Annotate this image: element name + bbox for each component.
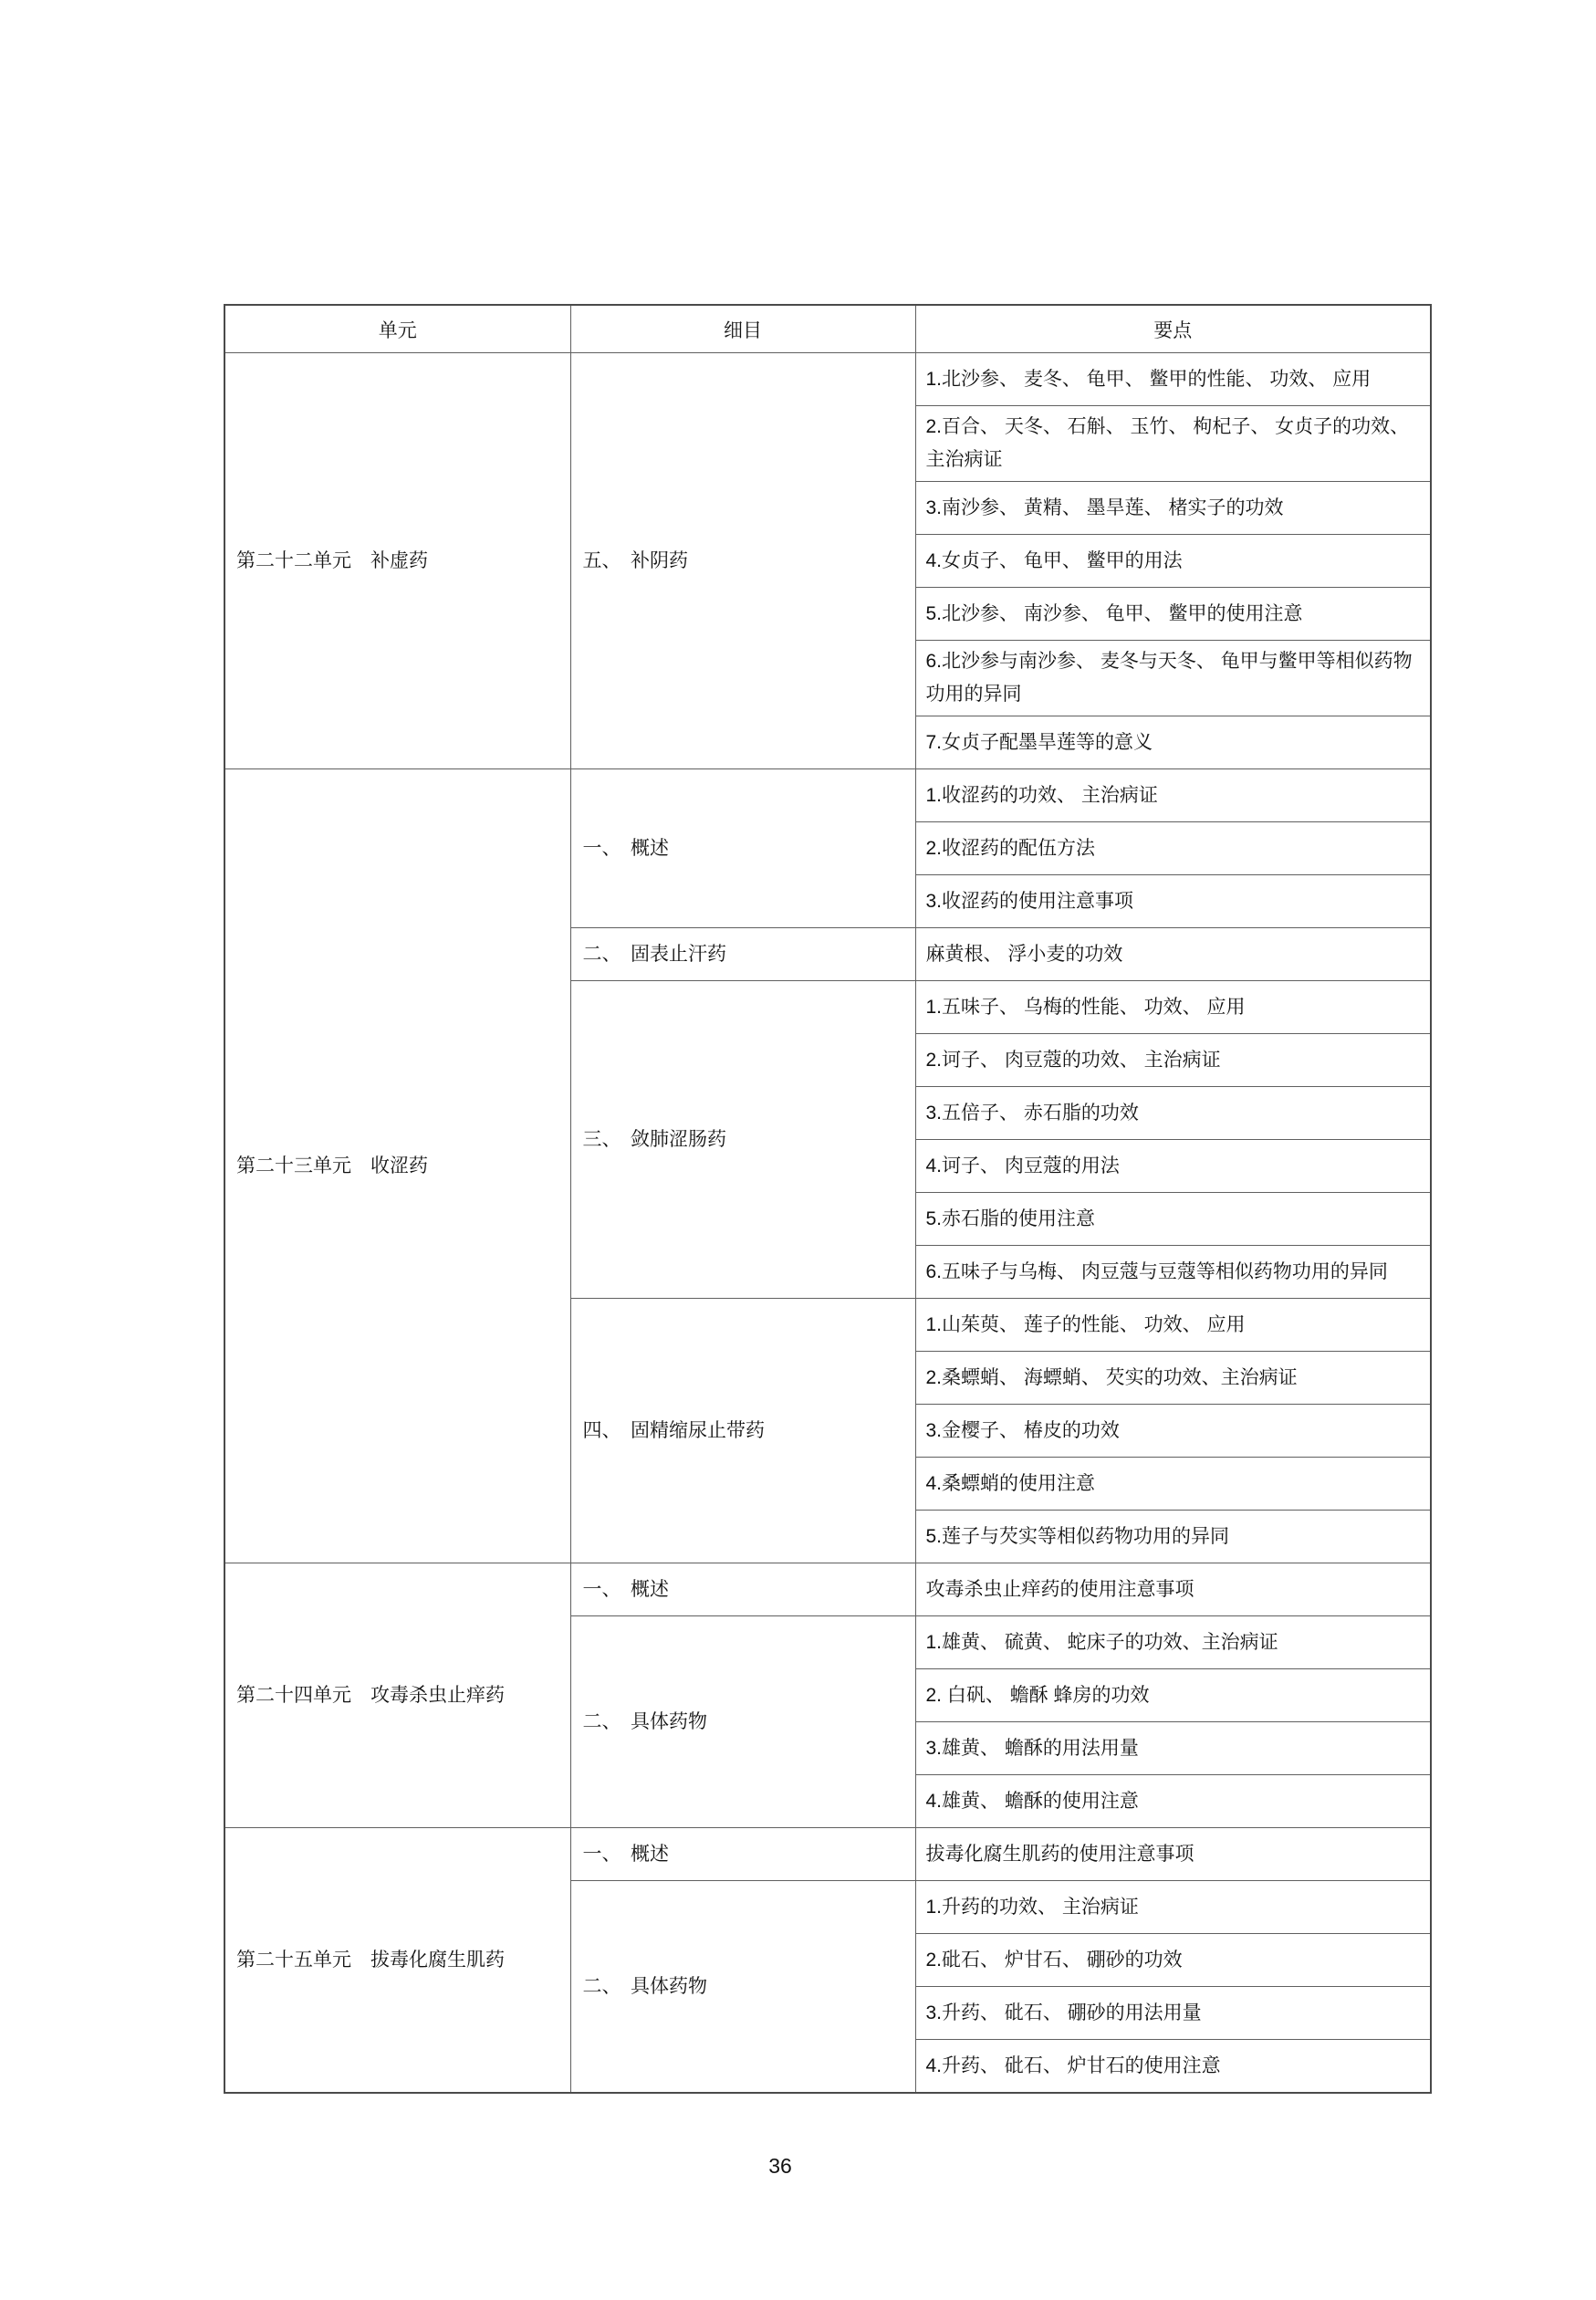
point-cell: 1.收涩药的功效、 主治病证 <box>915 769 1431 822</box>
point-cell: 7.女贞子配墨旱莲等的意义 <box>915 716 1431 769</box>
point-cell: 1.山茱萸、 莲子的性能、 功效、 应用 <box>915 1299 1431 1352</box>
point-cell: 2.收涩药的配伍方法 <box>915 822 1431 875</box>
subitem-cell-23-4: 四、 固精缩尿止带药 <box>570 1299 915 1563</box>
point-cell: 5.北沙参、 南沙参、 龟甲、 鳖甲的使用注意 <box>915 588 1431 641</box>
subitem-cell-24-1: 一、 概述 <box>570 1563 915 1616</box>
table-row: 第二十五单元 拔毒化腐生肌药 一、 概述 拔毒化腐生肌药的使用注意事项 <box>224 1828 1431 1881</box>
table-row: 第二十四单元 攻毒杀虫止痒药 一、 概述 攻毒杀虫止痒药的使用注意事项 <box>224 1563 1431 1616</box>
point-cell: 4.女贞子、 龟甲、 鳖甲的用法 <box>915 535 1431 588</box>
subitem-cell-22-5: 五、 补阴药 <box>570 353 915 769</box>
point-cell: 1.升药的功效、 主治病证 <box>915 1881 1431 1934</box>
point-cell: 1.北沙参、 麦冬、 龟甲、 鳖甲的性能、 功效、 应用 <box>915 353 1431 406</box>
point-cell: 3.南沙参、 黄精、 墨旱莲、 楮实子的功效 <box>915 482 1431 535</box>
point-cell: 3.雄黄、 蟾酥的用法用量 <box>915 1722 1431 1775</box>
col-header-unit: 单元 <box>224 305 570 353</box>
table-row: 第二十三单元 收涩药 一、 概述 1.收涩药的功效、 主治病证 <box>224 769 1431 822</box>
point-cell: 4.桑螵蛸的使用注意 <box>915 1458 1431 1511</box>
unit-cell-25: 第二十五单元 拔毒化腐生肌药 <box>224 1828 570 2094</box>
subitem-cell-24-2: 二、 具体药物 <box>570 1616 915 1828</box>
subitem-cell-23-2: 二、 固表止汗药 <box>570 928 915 981</box>
page-number: 36 <box>0 2154 1560 2179</box>
unit-cell-22: 第二十二单元 补虚药 <box>224 353 570 769</box>
point-cell: 2.砒石、 炉甘石、 硼砂的功效 <box>915 1934 1431 1987</box>
point-cell: 2.诃子、 肉豆蔻的功效、 主治病证 <box>915 1034 1431 1087</box>
syllabus-table: 单元 细目 要点 第二十二单元 补虚药 五、 补阴药 1.北沙参、 麦冬、 龟甲… <box>224 304 1432 2094</box>
point-cell: 6.五味子与乌梅、 肉豆蔻与豆蔻等相似药物功用的异同 <box>915 1246 1431 1299</box>
point-cell: 拔毒化腐生肌药的使用注意事项 <box>915 1828 1431 1881</box>
point-cell: 2. 白矾、 蟾酥 蜂房的功效 <box>915 1669 1431 1722</box>
point-cell: 3.收涩药的使用注意事项 <box>915 875 1431 928</box>
table-row: 第二十二单元 补虚药 五、 补阴药 1.北沙参、 麦冬、 龟甲、 鳖甲的性能、 … <box>224 353 1431 406</box>
col-header-detail: 细目 <box>570 305 915 353</box>
unit-cell-24: 第二十四单元 攻毒杀虫止痒药 <box>224 1563 570 1828</box>
subitem-cell-23-1: 一、 概述 <box>570 769 915 928</box>
subitem-cell-25-2: 二、 具体药物 <box>570 1881 915 2094</box>
point-cell: 2.桑螵蛸、 海螵蛸、 芡实的功效、主治病证 <box>915 1352 1431 1405</box>
point-cell: 5.莲子与芡实等相似药物功用的异同 <box>915 1511 1431 1563</box>
unit-cell-23: 第二十三单元 收涩药 <box>224 769 570 1563</box>
point-cell: 5.赤石脂的使用注意 <box>915 1193 1431 1246</box>
point-cell: 6.北沙参与南沙参、 麦冬与天冬、 龟甲与鳖甲等相似药物功用的异同 <box>915 641 1431 716</box>
point-cell: 3.金樱子、 椿皮的功效 <box>915 1405 1431 1458</box>
point-cell: 麻黄根、 浮小麦的功效 <box>915 928 1431 981</box>
point-cell: 4.诃子、 肉豆蔻的用法 <box>915 1140 1431 1193</box>
point-cell: 1.五味子、 乌梅的性能、 功效、 应用 <box>915 981 1431 1034</box>
point-cell: 2.百合、 天冬、 石斛、 玉竹、 枸杞子、 女贞子的功效、 主治病证 <box>915 406 1431 482</box>
col-header-points: 要点 <box>915 305 1431 353</box>
point-cell: 1.雄黄、 硫黄、 蛇床子的功效、主治病证 <box>915 1616 1431 1669</box>
point-cell: 3.升药、 砒石、 硼砂的用法用量 <box>915 1987 1431 2040</box>
subitem-cell-23-3: 三、 敛肺涩肠药 <box>570 981 915 1299</box>
point-cell: 4.雄黄、 蟾酥的使用注意 <box>915 1775 1431 1828</box>
point-cell: 攻毒杀虫止痒药的使用注意事项 <box>915 1563 1431 1616</box>
table-header-row: 单元 细目 要点 <box>224 305 1431 353</box>
document-page: 单元 细目 要点 第二十二单元 补虚药 五、 补阴药 1.北沙参、 麦冬、 龟甲… <box>0 0 1596 2300</box>
subitem-cell-25-1: 一、 概述 <box>570 1828 915 1881</box>
point-cell: 3.五倍子、 赤石脂的功效 <box>915 1087 1431 1140</box>
point-cell: 4.升药、 砒石、 炉甘石的使用注意 <box>915 2040 1431 2094</box>
